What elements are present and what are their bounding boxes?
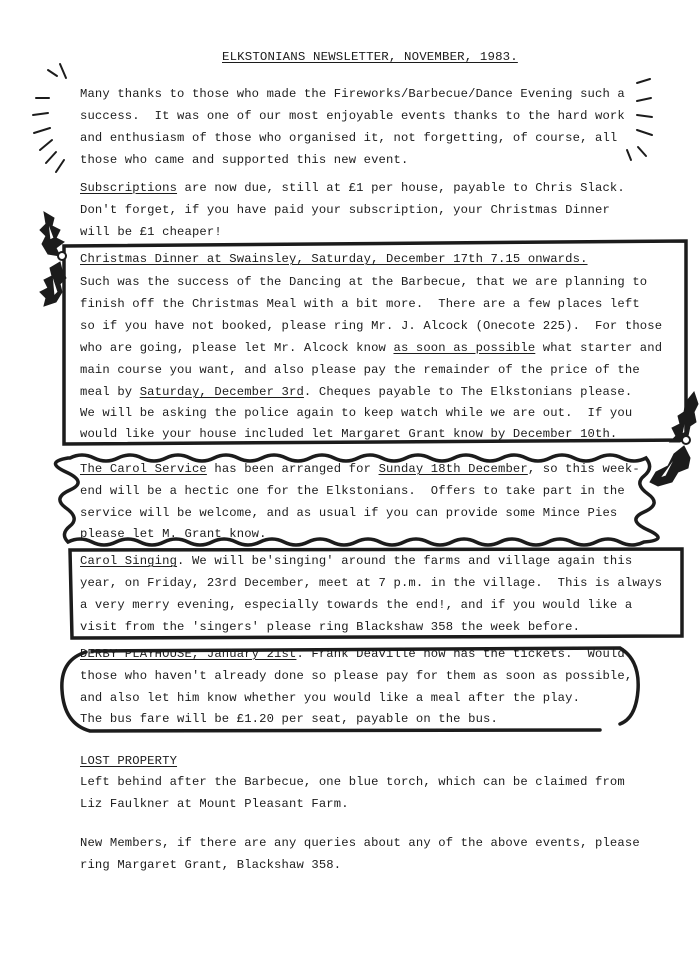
carol-service-text: end will be a hectic one for the Elkston…: [80, 483, 625, 499]
carol-singing-text: year, on Friday, 23rd December, meet at …: [80, 575, 662, 591]
carol-singing-text: a very merry evening, especially towards…: [80, 597, 632, 613]
intro-line: those who came and supported this new ev…: [80, 152, 408, 168]
new-members-text: New Members, if there are any queries ab…: [80, 835, 640, 851]
christmas-dinner-text: what starter and: [535, 341, 662, 355]
lost-property-text: Liz Faulkner at Mount Pleasant Farm.: [80, 796, 349, 812]
derby-playhouse-heading: DERBY PLAYHOUSE, January 21st: [80, 647, 296, 661]
subscriptions-text: Don't forget, if you have paid your subs…: [80, 202, 610, 218]
intro-line: and enthusiasm of those who organised it…: [80, 130, 617, 146]
newsletter-title: ELKSTONIANS NEWSLETTER, NOVEMBER, 1983.: [222, 49, 518, 65]
sparkle-lines-right-icon: [627, 79, 652, 160]
carol-service-heading: The Carol Service: [80, 462, 207, 476]
christmas-dinner-text: main course you want, and also please pa…: [80, 362, 640, 378]
holly-leaf-left-icon: [40, 212, 66, 306]
carol-singing-text: visit from the 'singers' please ring Bla…: [80, 619, 580, 635]
derby-playhouse-text: . Frank Deaville now has the tickets. Wo…: [296, 647, 624, 661]
emphasis-payment-date: Saturday, December 3rd: [140, 385, 304, 399]
derby-playhouse-text: and also let him know whether you would …: [80, 690, 580, 706]
christmas-dinner-text: would like your house included let Marga…: [80, 426, 617, 442]
christmas-dinner-text: so if you have not booked, please ring M…: [80, 318, 662, 334]
intro-line: success. It was one of our most enjoyabl…: [80, 108, 625, 124]
derby-playhouse-text: those who haven't already done so please…: [80, 668, 632, 684]
lost-property-text: Left behind after the Barbecue, one blue…: [80, 774, 625, 790]
emphasis-carol-date: Sunday 18th December: [379, 462, 528, 476]
christmas-dinner-text: meal by: [80, 385, 140, 399]
carol-service-text: service will be welcome, and as usual if…: [80, 505, 617, 521]
carol-singing-text: . We will be'singing' around the farms a…: [177, 554, 632, 568]
christmas-dinner-heading: Christmas Dinner at Swainsley, Saturday,…: [80, 251, 588, 267]
new-members-text: ring Margaret Grant, Blackshaw 358.: [80, 857, 341, 873]
subscriptions-text: are now due, still at £1 per house, paya…: [177, 181, 625, 195]
subscriptions-text: will be £1 cheaper!: [80, 224, 222, 240]
sparkle-lines-left-icon: [33, 64, 66, 172]
subscriptions-heading: Subscriptions: [80, 181, 177, 195]
christmas-dinner-text: . Cheques payable to The Elkstonians ple…: [304, 385, 632, 399]
christmas-dinner-text: finish off the Christmas Meal with a bit…: [80, 296, 640, 312]
carol-singing-heading: Carol Singing: [80, 554, 177, 568]
holly-leaf-right-icon: [650, 392, 698, 486]
lost-property-heading: LOST PROPERTY: [80, 753, 177, 769]
intro-line: Many thanks to those who made the Firewo…: [80, 86, 625, 102]
carol-service-text: , so this week-: [528, 462, 640, 476]
emphasis-asap: as soon as possible: [393, 341, 535, 355]
carol-service-text: has been arranged for: [207, 462, 379, 476]
christmas-dinner-text: We will be asking the police again to ke…: [80, 405, 632, 421]
christmas-dinner-text: who are going, please let Mr. Alcock kno…: [80, 341, 393, 355]
carol-service-text: please let M. Grant know.: [80, 526, 267, 542]
christmas-dinner-text: Such was the success of the Dancing at t…: [80, 274, 647, 290]
derby-playhouse-text: The bus fare will be £1.20 per seat, pay…: [80, 711, 498, 727]
